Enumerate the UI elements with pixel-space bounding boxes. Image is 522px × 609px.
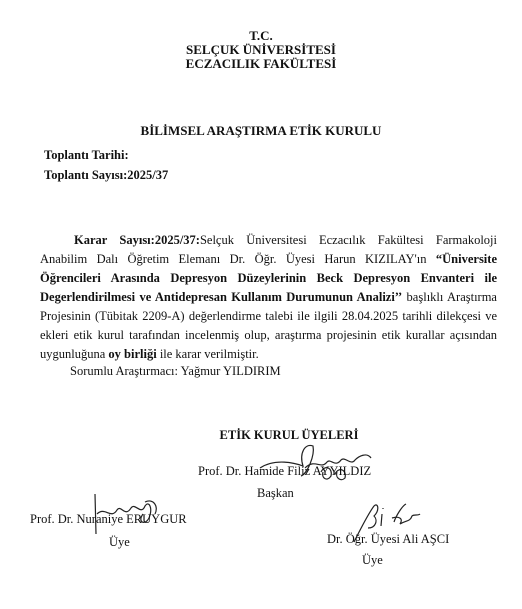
members-title: ETİK KURUL ÜYELERİ [0,428,522,443]
decision-paragraph: Karar Sayısı:2025/37:Selçuk Üniversitesi… [40,231,497,364]
decision-label: Karar Sayısı:2025/37: [74,233,200,247]
meeting-number-label: Toplantı Sayısı: [44,168,127,182]
verdict: oy birliği [108,347,156,361]
meeting-date-label: Toplantı Tarihi: [44,148,129,162]
header-university: SELÇUK ÜNİVERSİTESİ [0,43,522,57]
chair-role: Başkan [257,486,294,501]
chair-name: Prof. Dr. Hamide Filiz AYYILDIZ [198,464,371,479]
meeting-number: Toplantı Sayısı:2025/37 [44,168,168,183]
header-tc: T.C. [0,29,522,43]
meeting-number-value: 2025/37 [127,168,168,182]
decision-text-3: ile karar verilmiştir. [157,347,259,361]
member1-name: Prof. Dr. Nuraniye ERUYGUR [30,512,187,527]
meeting-date: Toplantı Tarihi: [44,148,129,163]
member2-role: Üye [362,553,383,568]
member1-role: Üye [109,535,130,550]
member2-name: Dr. Öğr. Üyesi Ali AŞCI [327,532,449,547]
committee-title: BİLİMSEL ARAŞTIRMA ETİK KURULU [0,123,522,139]
responsible-researcher: Sorumlu Araştırmacı: Yağmur YILDIRIM [70,364,281,379]
header-faculty: ECZACILIK FAKÜLTESİ [0,57,522,71]
